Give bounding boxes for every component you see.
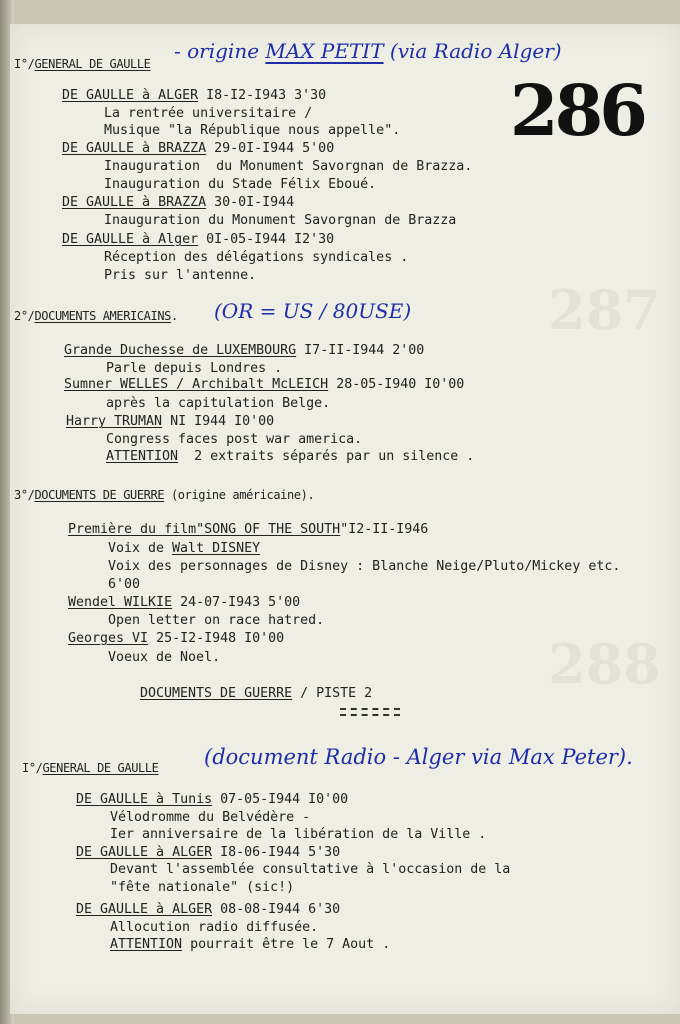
entry-heading: Georges VI 25-I2-I948 I0'00 [68,631,284,647]
entry-line: Allocution radio diffusée. [110,920,318,936]
handwritten-annotation: - origine MAX PETIT (via Radio Alger) [174,40,562,62]
entry-line: Inauguration du Stade Félix Eboué. [104,177,376,193]
page-number: 286 [510,76,644,146]
entry-heading: DE GAULLE à BRAZZA 30-0I-I944 [62,195,294,211]
section-heading: 3°/DOCUMENTS DE GUERRE (origine américai… [14,487,314,503]
double-underline-divider [340,708,400,716]
entry-line: Voix des personnages de Disney : Blanche… [108,559,620,575]
entry-heading: DE GAULLE à ALGER 08-08-I944 6'30 [76,902,340,918]
entry-heading: DE GAULLE à Tunis 07-05-I944 I0'00 [76,792,348,808]
entry-line: Ier anniversaire de la libération de la … [110,827,486,843]
entry-line: Inauguration du Monument Savorgnan de Br… [104,213,456,229]
entry-heading: Harry TRUMAN NI I944 I0'00 [66,414,274,430]
entry-line: Voeux de Noel. [108,650,220,666]
section-heading: I°/GENERAL DE GAULLE [22,760,159,776]
ghost-page-number: 288 [548,632,661,696]
entry-line: après la capitulation Belge. [106,396,330,412]
entry-line: Inauguration du Monument Savorgnan de Br… [104,159,472,175]
entry-heading: Wendel WILKIE 24-07-I943 5'00 [68,595,300,611]
entry-heading: DE GAULLE à BRAZZA 29-0I-I944 5'00 [62,141,334,157]
entry-line: Pris sur l'antenne. [104,268,256,284]
entry-heading: Première du film"SONG OF THE SOUTH"I2-II… [68,522,428,538]
ghost-page-number: 287 [548,278,661,342]
entry-heading: DE GAULLE à ALGER I8-I2-I943 3'30 [62,88,326,104]
entry-line: Congress faces post war america. [106,432,362,448]
attention-note: ATTENTION pourrait être le 7 Aout . [110,937,390,953]
section-heading: I°/GENERAL DE GAULLE [14,56,151,72]
entry-line: Devant l'assemblée consultative à l'occa… [110,862,510,878]
entry-line: "fête nationale" (sic!) [110,880,294,896]
entry-heading: Grande Duchesse de LUXEMBOURG I7-II-I944… [64,343,424,359]
piste-heading: DOCUMENTS DE GUERRE / PISTE 2 [140,686,372,702]
entry-line: Open letter on race hatred. [108,613,324,629]
section-heading: 2°/DOCUMENTS AMERICAINS. [14,308,178,324]
attention-note: ATTENTION 2 extraits séparés par un sile… [106,449,474,465]
handwritten-annotation: (document Radio - Alger via Max Peter). [204,746,633,768]
entry-line: Musique "la République nous appelle". [104,123,400,139]
entry-heading: DE GAULLE à ALGER I8-06-I944 5'30 [76,845,340,861]
entry-line: Vélodromme du Belvédère - [110,810,310,826]
entry-heading: Sumner WELLES / Archibalt McLEICH 28-05-… [64,377,464,393]
entry-line: La rentrée universitaire / [104,106,312,122]
entry-line: 6'00 [108,577,140,593]
entry-line: Voix de Walt DISNEY [108,541,260,557]
entry-heading: DE GAULLE à Alger 0I-05-I944 I2'30 [62,232,334,248]
handwritten-annotation: (OR = US / 80USE) [214,300,411,322]
entry-line: Parle depuis Londres . [106,361,282,377]
entry-line: Réception des délégations syndicales . [104,250,408,266]
